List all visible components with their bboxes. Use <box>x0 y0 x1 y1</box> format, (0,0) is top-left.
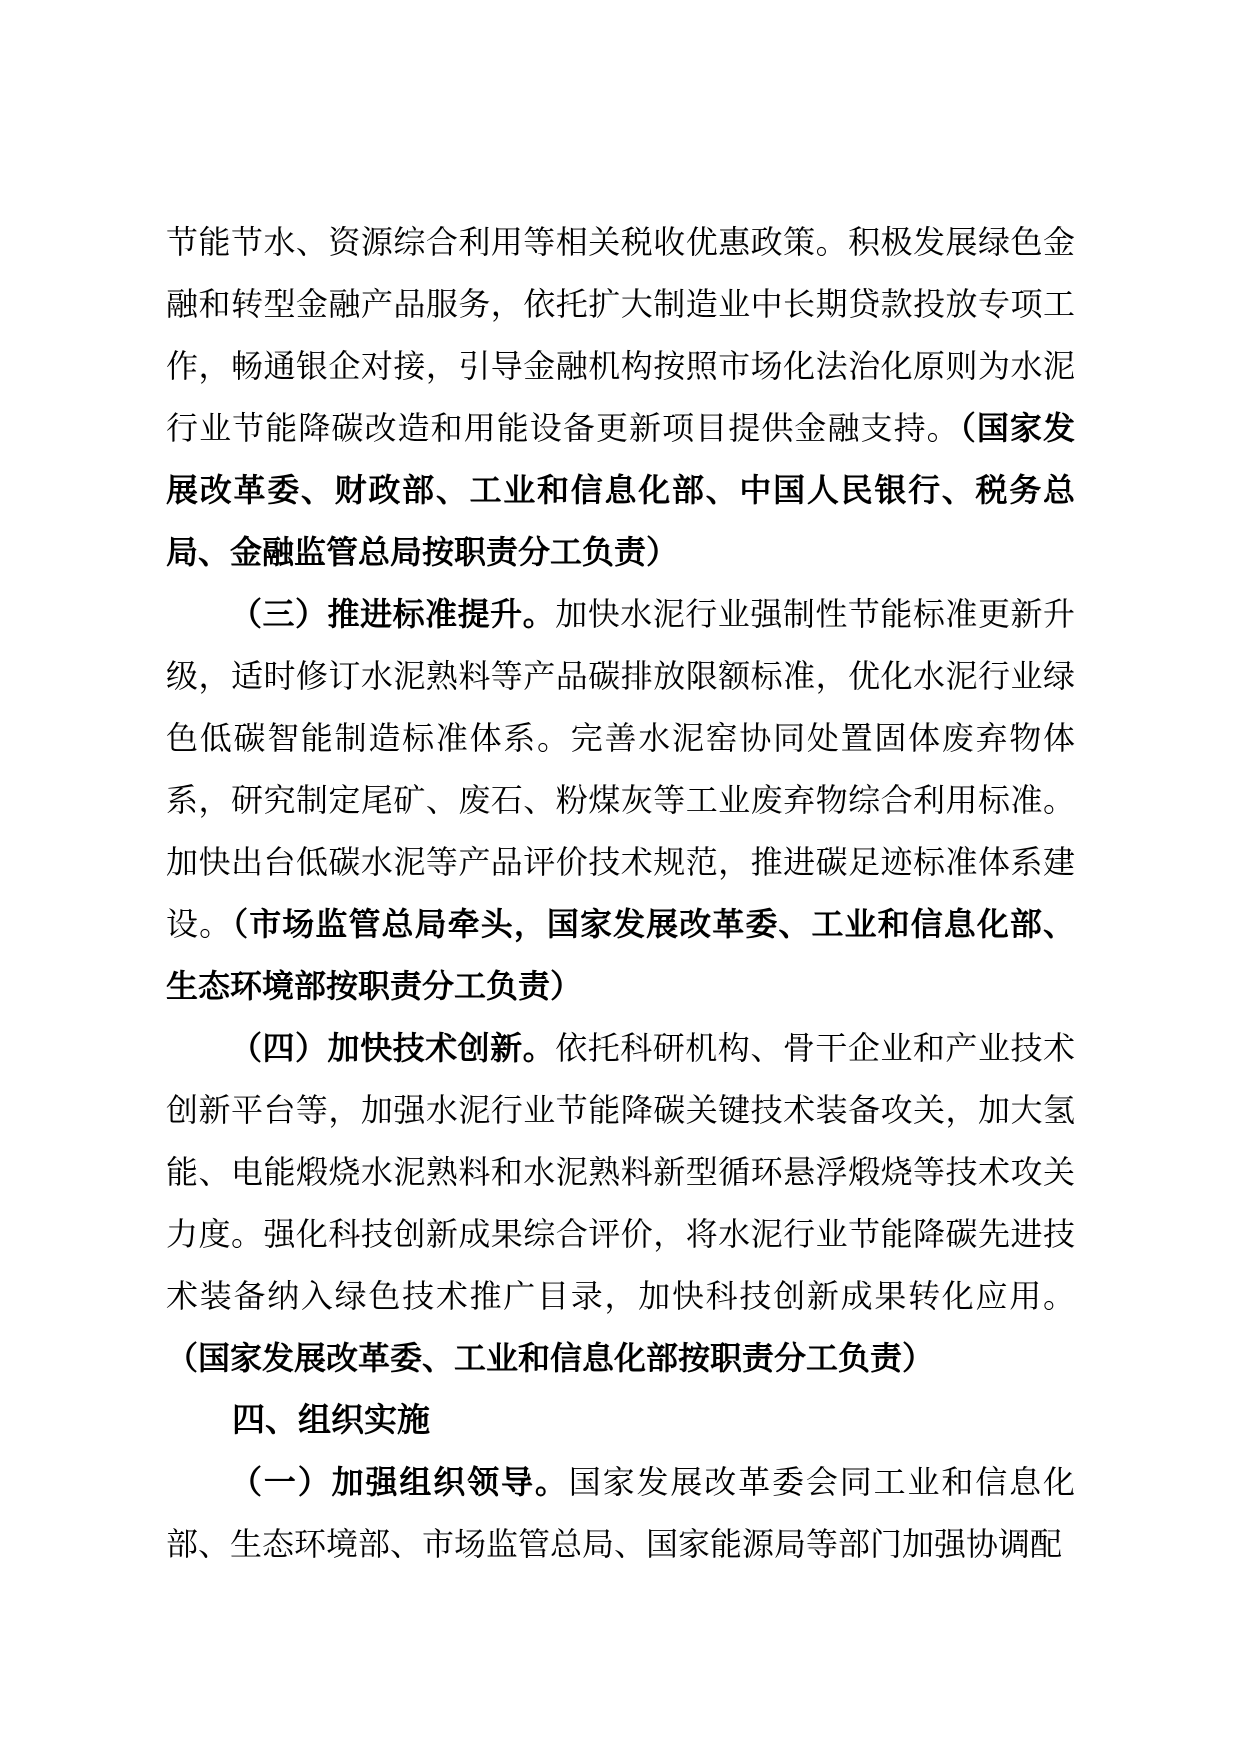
section-heading-text: 四、组织实施 <box>232 1401 430 1438</box>
body-text: 依托科研机构、骨干企业和产业技术创新平台等，加强水泥行业节能降碳关键技术装备攻关… <box>166 1030 1075 1314</box>
document-page: 节能节水、资源综合利用等相关税收优惠政策。积极发展绿色金融和转型金融产品服务，依… <box>0 0 1241 1754</box>
section-heading-4-organization-implementation: 四、组织实施 <box>166 1389 1075 1451</box>
item-lead-in-heading: （一）加强组织领导。 <box>230 1464 569 1500</box>
body-text: 加快水泥行业强制性节能标准更新升级，适时修订水泥熟料等产品碳排放限额标准，优化水… <box>166 596 1075 942</box>
responsible-departments-note: （市场监管总局牵头，国家发展改革委、工业和信息化部、生态环境部按职责分工负责） <box>166 906 1075 1004</box>
responsible-departments-note: （国家发展改革委、工业和信息化部按职责分工负责） <box>166 1340 934 1376</box>
paragraph-item-3-standards: （三）推进标准提升。加快水泥行业强制性节能标准更新升级，适时修订水泥熟料等产品碳… <box>166 583 1075 1017</box>
paragraph-finance-tax-support-continuation: 节能节水、资源综合利用等相关税收优惠政策。积极发展绿色金融和转型金融产品服务，依… <box>166 211 1075 583</box>
body-text: 节能节水、资源综合利用等相关税收优惠政策。积极发展绿色金融和转型金融产品服务，依… <box>166 224 1075 446</box>
item-lead-in-heading: （三）推进标准提升。 <box>230 596 555 632</box>
paragraph-item-1-organization-leadership: （一）加强组织领导。国家发展改革委会同工业和信息化部、生态环境部、市场监管总局、… <box>166 1451 1075 1575</box>
paragraph-item-4-technology-innovation: （四）加快技术创新。依托科研机构、骨干企业和产业技术创新平台等，加强水泥行业节能… <box>166 1017 1075 1389</box>
item-lead-in-heading: （四）加快技术创新。 <box>230 1030 555 1066</box>
